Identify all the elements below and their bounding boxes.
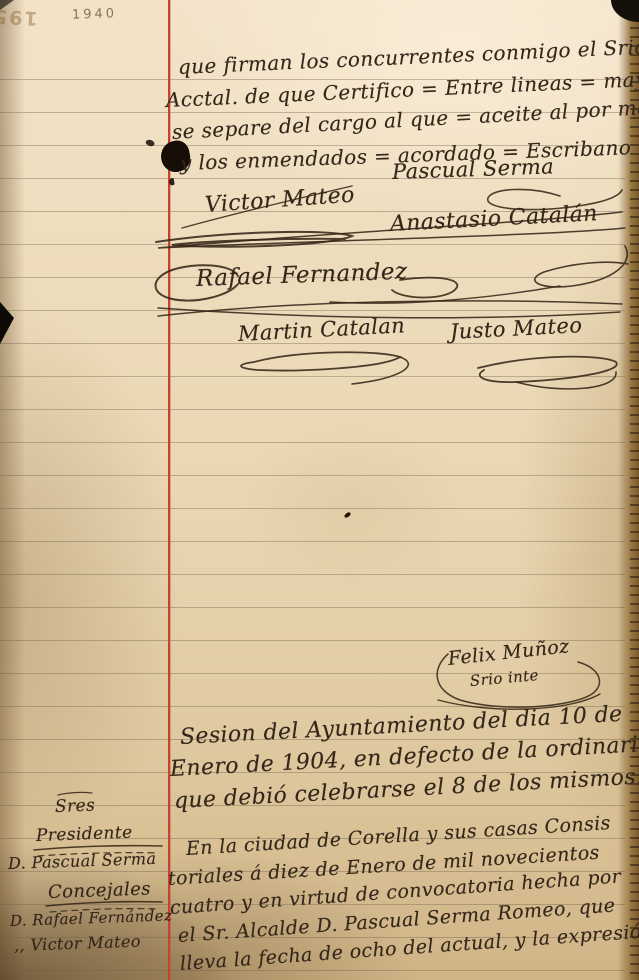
pencil-year-note: 1940 xyxy=(72,6,118,23)
signature-felix-munoz-title: Srio inte xyxy=(469,666,539,690)
margin-councilor-victor: ,, Victor Mateo xyxy=(14,932,141,955)
page-number-stamp: 195 xyxy=(0,5,38,29)
margin-president-name: D. Pascual Serma xyxy=(8,849,157,873)
margin-councilor-rafael: D. Rafael Fernández xyxy=(10,906,173,930)
signature-rafael-fernandez: Rafael Fernandez xyxy=(196,259,408,292)
signature-felix-munoz: Felix Muñoz xyxy=(447,635,571,670)
signature-justo-mateo: Justo Mateo xyxy=(449,313,582,344)
signature-anastasio-catalan: Anastasio Catalán xyxy=(389,201,598,237)
signature-victor-mateo: Victor Mateo xyxy=(204,183,355,218)
signature-pascual-serma: Pascual Serma xyxy=(392,154,555,184)
ink-speck xyxy=(343,511,351,518)
margin-councilors-label: Concejales xyxy=(48,878,152,903)
margin-president-label: Presidente xyxy=(36,823,133,846)
dark-corner-top-right xyxy=(611,0,639,22)
margin-attendees-title: Sres xyxy=(55,796,96,817)
signature-martin-catalan: Martin Catalan xyxy=(237,313,405,346)
black-side-tab xyxy=(0,302,14,344)
manuscript-page: 195 1940 que firman los concurrentes con… xyxy=(0,0,639,980)
